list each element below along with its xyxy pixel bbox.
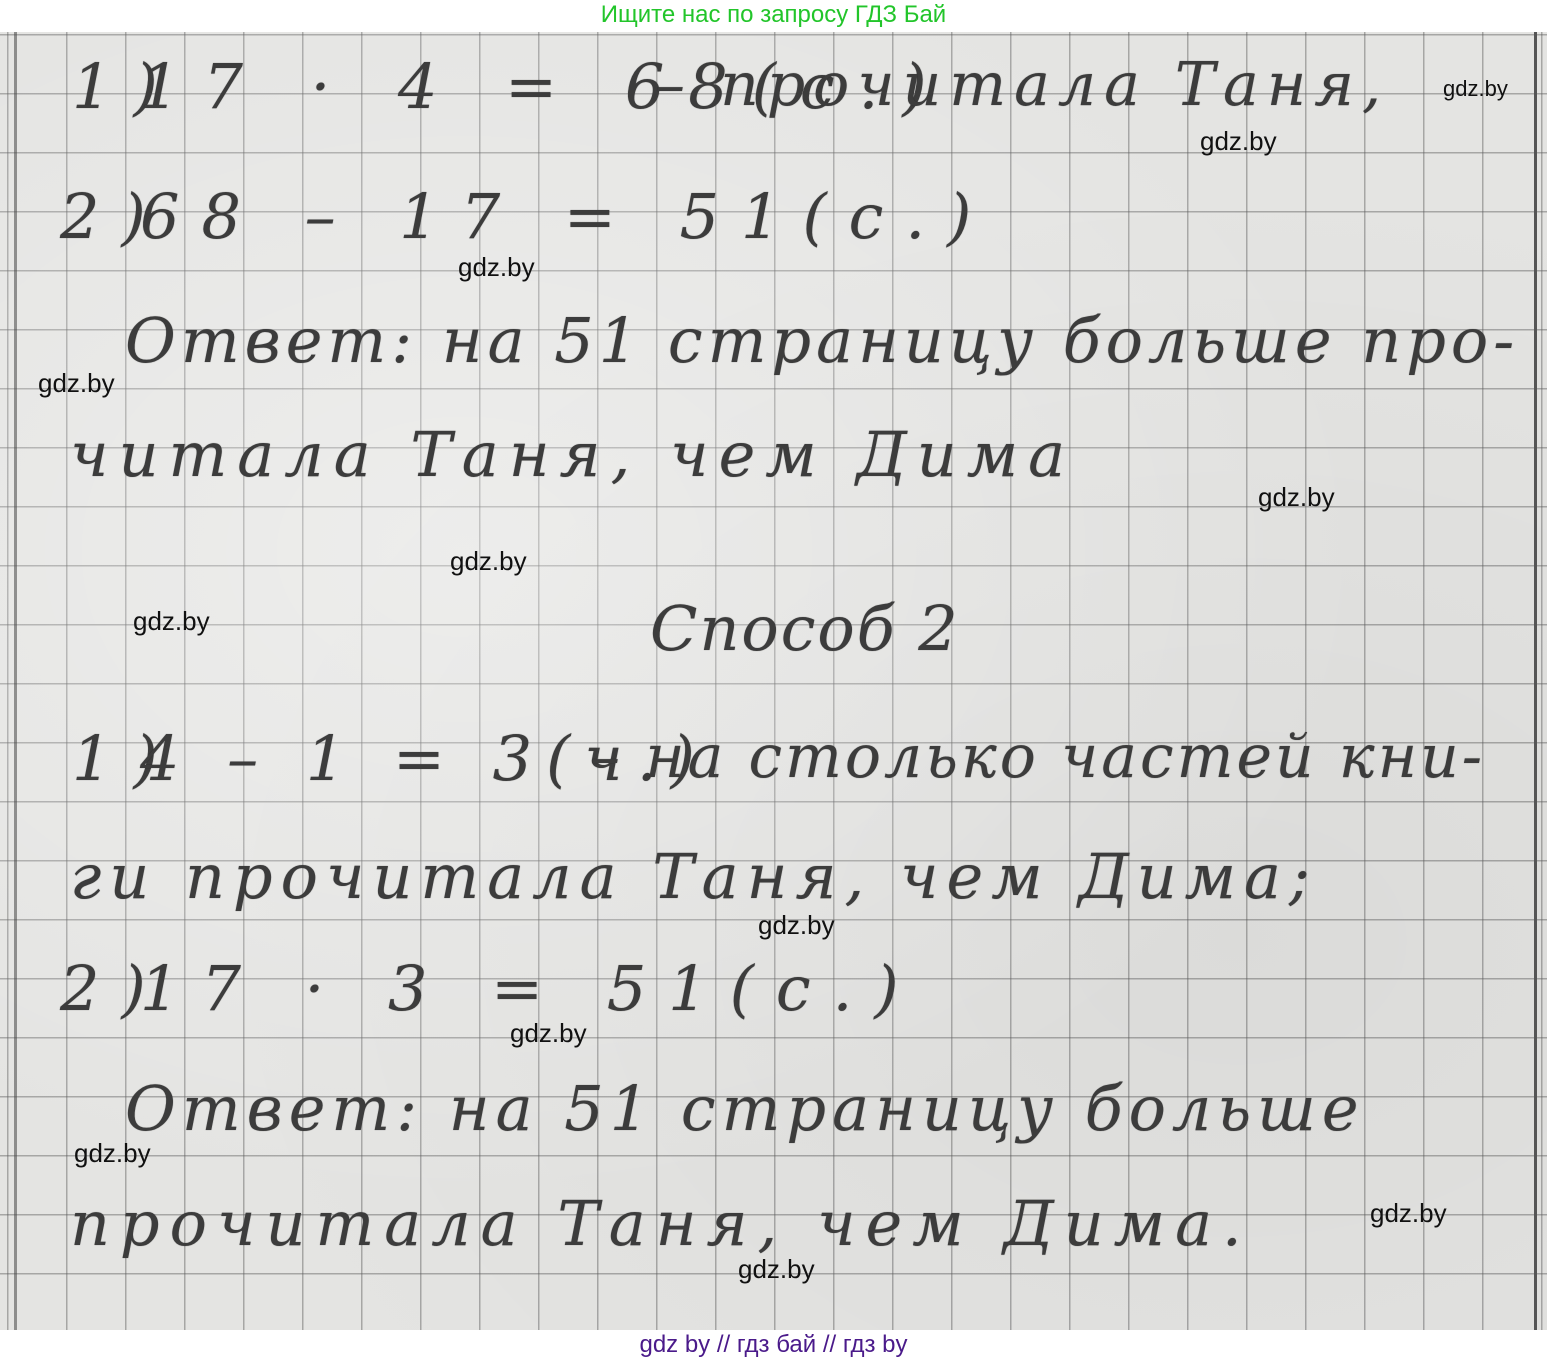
watermark: gdz.by <box>738 1254 815 1285</box>
notebook-margin-line <box>1534 32 1537 1330</box>
watermark: gdz.by <box>510 1018 587 1049</box>
page-left-edge <box>14 32 17 1330</box>
watermark: gdz.by <box>74 1138 151 1169</box>
watermark: gdz.by <box>1200 126 1277 157</box>
site-links-footer[interactable]: gdz by // гдз бай // гдз by <box>0 1330 1547 1362</box>
method1-answer-line1: Ответ: на 51 страницу больше про- <box>125 304 1519 377</box>
method1-step2-expression: 68 – 17 = 51(с.) <box>140 180 993 253</box>
watermark: gdz.by <box>758 910 835 941</box>
method2-answer-line1: Ответ: на 51 страницу больше <box>125 1072 1365 1145</box>
watermark: gdz.by <box>1370 1198 1447 1229</box>
watermark: gdz.by <box>38 368 115 399</box>
method2-step1-comment: – на столько частей кни- <box>590 722 1485 792</box>
method2-step1-comment-cont: ги прочитала Таня, чем Дима; <box>70 840 1318 913</box>
notebook-page-scan: 1) 17 · 4 = 68(с.) – прочитала Таня, 2) … <box>0 32 1547 1330</box>
watermark: gdz.by <box>458 252 535 283</box>
watermark: gdz.by <box>1443 76 1508 102</box>
watermark: gdz.by <box>1258 482 1335 513</box>
method2-answer-line2: прочитала Таня, чем Дима. <box>70 1187 1252 1260</box>
watermark: gdz.by <box>133 606 210 637</box>
method2-title: Способ 2 <box>650 592 960 665</box>
search-hint-banner: Ищите нас по запросу ГДЗ Бай <box>0 0 1547 32</box>
method1-answer-line2: читала Таня, чем Дима <box>70 418 1075 491</box>
method1-step1-comment: – прочитала Таня, <box>655 50 1389 120</box>
method2-step2-expression: 17 · 3 = 51(с.) <box>140 952 921 1025</box>
watermark: gdz.by <box>450 546 527 577</box>
